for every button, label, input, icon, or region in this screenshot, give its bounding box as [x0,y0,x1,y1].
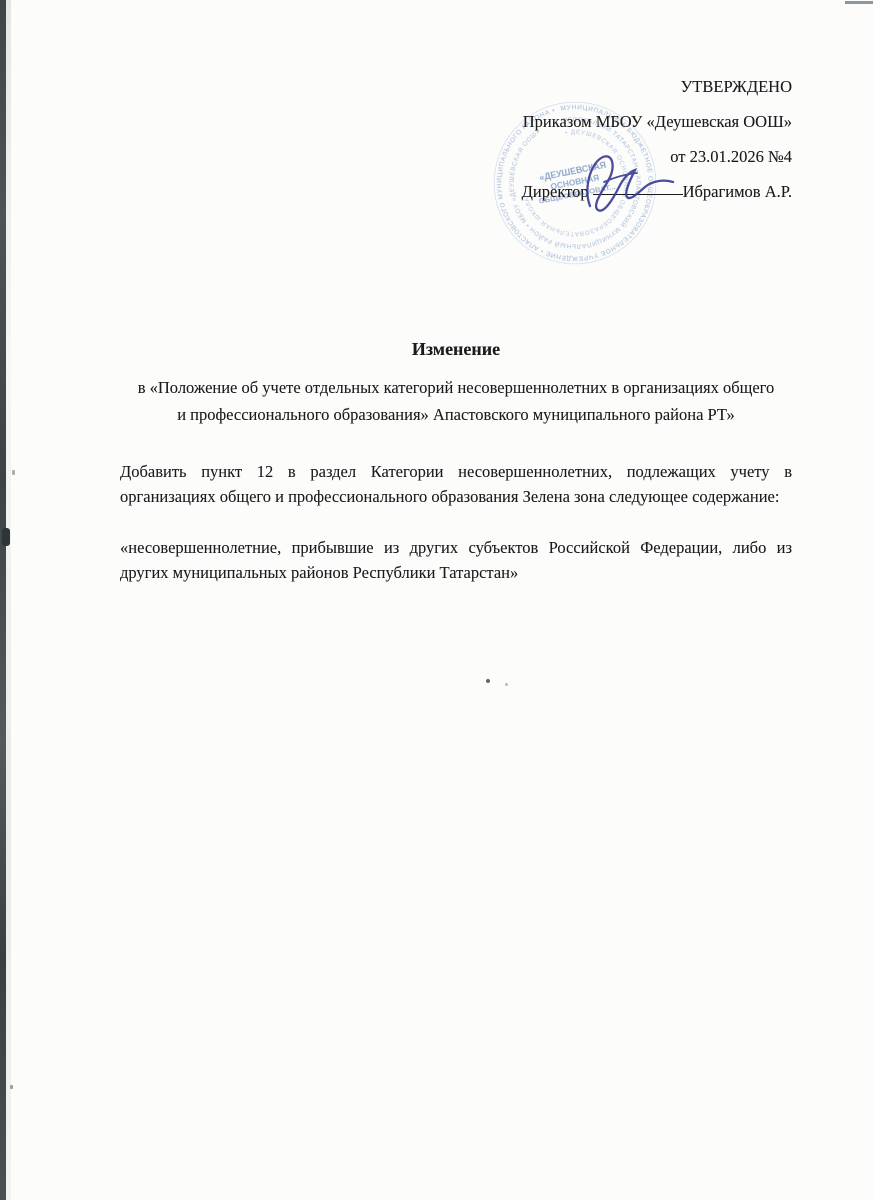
scan-speck [10,1085,13,1089]
signature-stroke-main [587,156,673,210]
document-subtitle: в «Положение об учете отдельных категори… [120,374,792,428]
scan-speck [505,683,508,686]
approval-approved: УТВЕРЖДЕНО [400,76,792,97]
body-paragraph-1: Добавить пункт 12 в раздел Категории нес… [120,459,792,509]
document-subtitle-line1: в «Положение об учете отдельных категори… [138,378,775,397]
scanner-edge-blob [2,528,10,546]
document-subtitle-line2: и профессионального образования» Апастов… [177,405,735,424]
scanner-edge-shadow [6,0,11,1200]
handwritten-signature [574,146,678,222]
body-paragraph-2: «несовершеннолетние, прибывшие из других… [120,535,792,585]
scanned-document-page: МУНИЦИПАЛЬНОЕ БЮДЖЕТНОЕ ОБЩЕОБРАЗОВАТЕЛЬ… [0,0,873,1200]
scan-speck [486,679,490,683]
director-name: Ибрагимов А.Р. [683,182,792,201]
approval-order: Приказом МБОУ «Деушевская ООШ» [400,111,792,132]
scan-line-artifact [845,1,873,4]
document-title: Изменение [120,339,792,360]
scan-speck [12,470,15,475]
